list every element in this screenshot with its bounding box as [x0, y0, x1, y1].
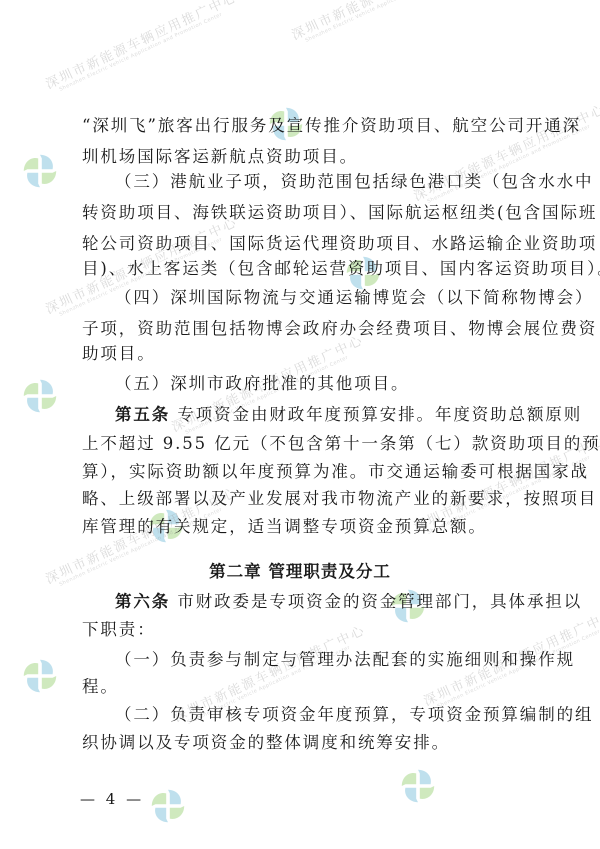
paragraph-line: “深圳飞”旅客出行服务及宣传推介资助项目、航空公司开通深: [82, 116, 581, 136]
four-petal-logo-icon: [400, 768, 436, 804]
paragraph-line: 子项，资助范围包括物博会政府办会经费项目、物博会展位费资: [82, 319, 597, 339]
article-label: 第五条: [115, 405, 170, 424]
article-label: 第六条: [115, 592, 170, 611]
paragraph-line: 上不超过 9.55 亿元（不包含第十一条第（七）款资助项目的预: [82, 434, 600, 454]
page-number: — 4 —: [80, 790, 144, 808]
four-petal-logo-icon: [22, 153, 58, 189]
chapter-heading: 第二章 管理职责及分工: [0, 558, 600, 582]
paragraph-line: 助项目。: [82, 344, 156, 364]
paragraph-line: （三）港航业子项，资助范围包括绿色港口类（包含水水中: [115, 172, 593, 192]
paragraph-line: 转资助项目、海铁联运资助项目）、国际航运枢纽类(包含国际班: [82, 203, 597, 223]
article-5-first-line: 第五条 专项资金由财政年度预算安排。年度资助总额原则: [115, 405, 582, 425]
watermark-text-cn: 深圳市新能源车辆应用推广中心: [288, 0, 486, 43]
four-petal-logo-icon: [22, 658, 58, 694]
paragraph-line: （一）负责参与制定与管理办法配套的实施细则和操作规: [115, 650, 575, 670]
paragraph-line: 织协调以及专项资金的整体调度和统筹安排。: [82, 733, 450, 753]
paragraph-line: （二）负责审核专项资金年度预算，专项资金预算编制的组: [115, 705, 593, 725]
paragraph-line: 目)、水上客运类（包含邮轮运营资助项目、国内客运资助项目）。: [82, 259, 600, 279]
paragraph-text: 专项资金由财政年度预算安排。年度资助总额原则: [170, 405, 582, 424]
watermark-text-cn: 深圳市新能源车辆应用推广中心: [42, 0, 240, 92]
paragraph-line: 程。: [82, 677, 119, 697]
document-page: 深圳市新能源车辆应用推广中心 Shenzhen Electric Vehicle…: [0, 0, 600, 849]
four-petal-logo-icon: [150, 788, 186, 824]
paragraph-line: 圳机场国际客运新航点资助项目。: [82, 147, 358, 167]
paragraph-line: 库管理的有关规定，适当调整专项资金预算总额。: [82, 517, 487, 537]
paragraph-line: 略、上级部署以及产业发展对我市物流产业的新要求，按照项目: [82, 489, 597, 509]
watermark-text-en: Shenzhen Electric Vehicle Application an…: [59, 3, 243, 93]
four-petal-logo-icon: [22, 378, 58, 414]
paragraph-line: 轮公司资助项目、国际货运代理资助项目、水路运输企业资助项: [82, 234, 597, 254]
watermark: 深圳市新能源车辆应用推广中心 Shenzhen Electric Vehicle…: [22, 640, 252, 700]
paragraph-line: （五）深圳市政府批准的其他项目。: [115, 374, 409, 394]
paragraph-line: （四）深圳国际物流与交通运输博览会（以下简称物博会）: [115, 288, 593, 308]
article-6-first-line: 第六条 市财政委是专项资金的资金管理部门，具体承担以: [115, 592, 582, 612]
paragraph-line: 算），实际资助额以年度预算为准。市交通运输委可根据国家战: [82, 462, 589, 482]
watermark: 深圳市新能源车辆应用推广中心 Shenzhen Electric Vehicle…: [150, 770, 380, 830]
paragraph-text: 市财政委是专项资金的资金管理部门，具体承担以: [170, 592, 582, 611]
watermark: 深圳市新能源车辆应用推广中心 Shenzhen Electric Vehicle…: [400, 750, 600, 810]
paragraph-line: 下职责：: [82, 620, 156, 640]
watermark-text-en: Shenzhen Electric Vehicle Application an…: [305, 0, 489, 44]
